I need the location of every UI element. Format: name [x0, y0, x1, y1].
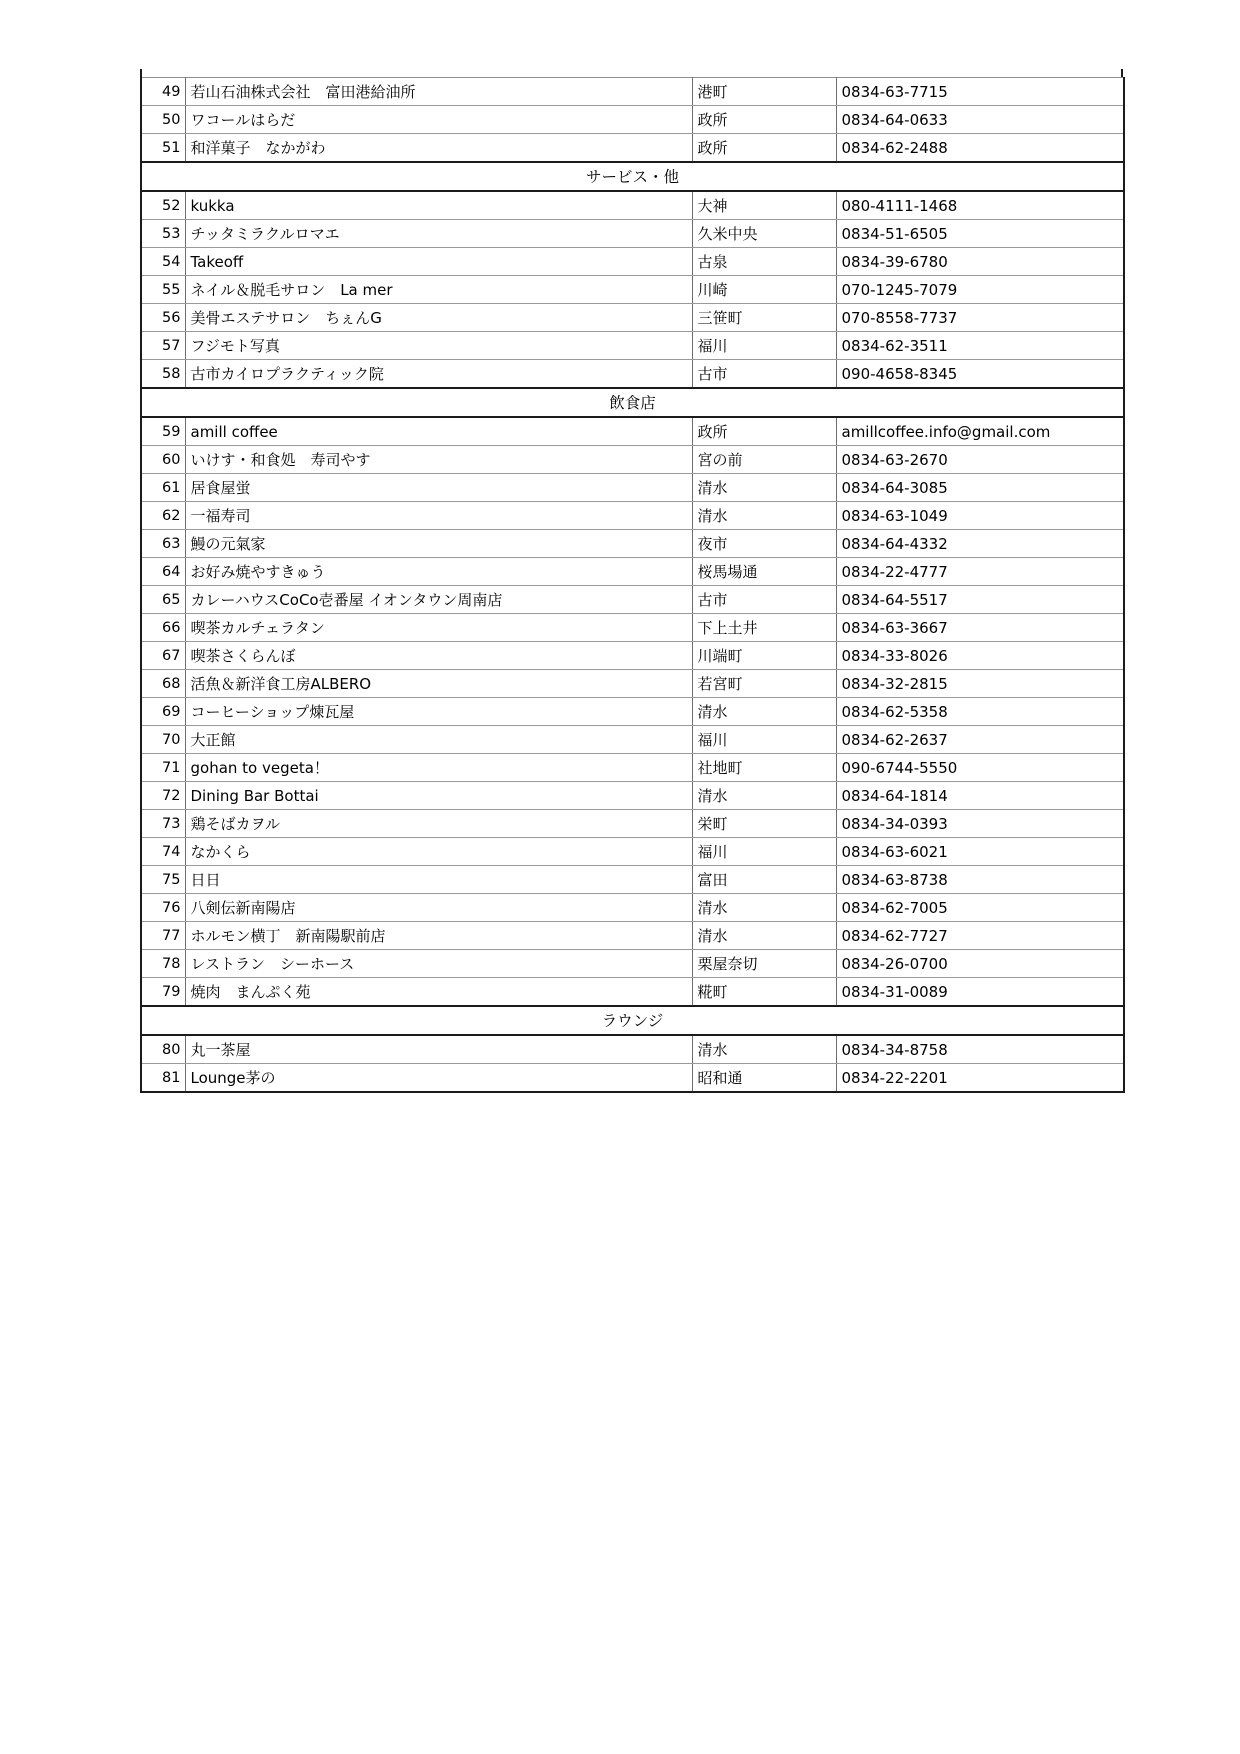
- business-name-cell: 一福寿司: [185, 502, 692, 530]
- row-number-cell: 73: [141, 810, 185, 838]
- row-number-cell: 68: [141, 670, 185, 698]
- district-cell: 川崎: [692, 276, 836, 304]
- district-cell: 福川: [692, 726, 836, 754]
- district-cell: 古市: [692, 360, 836, 389]
- district-cell: 川端町: [692, 642, 836, 670]
- row-number-cell: 80: [141, 1035, 185, 1064]
- district-cell: 政所: [692, 134, 836, 163]
- district-cell: 福川: [692, 332, 836, 360]
- row-number-cell: 71: [141, 754, 185, 782]
- row-number-cell: 58: [141, 360, 185, 389]
- table-row: 67喫茶さくらんぼ川端町0834-33-8026: [141, 642, 1124, 670]
- district-cell: 夜市: [692, 530, 836, 558]
- row-number-cell: 72: [141, 782, 185, 810]
- table-row: 66喫茶カルチェラタン下上土井0834-63-3667: [141, 614, 1124, 642]
- district-cell: 若宮町: [692, 670, 836, 698]
- phone-contact-cell: 070-8558-7737: [836, 304, 1124, 332]
- row-number-cell: 78: [141, 950, 185, 978]
- business-name-cell: 大正館: [185, 726, 692, 754]
- district-cell: 清水: [692, 698, 836, 726]
- phone-contact-cell: 0834-39-6780: [836, 248, 1124, 276]
- business-name-cell: 八剣伝新南陽店: [185, 894, 692, 922]
- business-name-cell: 鰻の元氣家: [185, 530, 692, 558]
- district-cell: 三笹町: [692, 304, 836, 332]
- table-row: 57フジモト写真福川0834-62-3511: [141, 332, 1124, 360]
- row-number-cell: 69: [141, 698, 185, 726]
- district-cell: 清水: [692, 1035, 836, 1064]
- phone-contact-cell: 0834-22-2201: [836, 1064, 1124, 1093]
- section-header-row: サービス・他: [141, 162, 1124, 191]
- phone-directory-table: 49若山石油株式会社 富田港給油所港町0834-63-771550ワコールはらだ…: [140, 77, 1125, 1093]
- table-row: 69コーヒーショップ煉瓦屋清水0834-62-5358: [141, 698, 1124, 726]
- district-cell: 糀町: [692, 978, 836, 1007]
- business-name-cell: Lounge茅の: [185, 1064, 692, 1093]
- table-row: 79焼肉 まんぷく苑糀町0834-31-0089: [141, 978, 1124, 1007]
- phone-directory-body: 49若山石油株式会社 富田港給油所港町0834-63-771550ワコールはらだ…: [141, 78, 1124, 1093]
- row-number-cell: 66: [141, 614, 185, 642]
- business-name-cell: 丸一茶屋: [185, 1035, 692, 1064]
- table-row: 63鰻の元氣家夜市0834-64-4332: [141, 530, 1124, 558]
- row-number-cell: 55: [141, 276, 185, 304]
- row-number-cell: 54: [141, 248, 185, 276]
- business-name-cell: 和洋菓子 なかがわ: [185, 134, 692, 163]
- district-cell: 古泉: [692, 248, 836, 276]
- row-number-cell: 62: [141, 502, 185, 530]
- business-name-cell: 若山石油株式会社 富田港給油所: [185, 78, 692, 106]
- table-right-border-stub: [1121, 69, 1123, 77]
- phone-contact-cell: 0834-64-1814: [836, 782, 1124, 810]
- table-row: 77ホルモン横丁 新南陽駅前店清水0834-62-7727: [141, 922, 1124, 950]
- table-row: 72Dining Bar Bottai清水0834-64-1814: [141, 782, 1124, 810]
- district-cell: 社地町: [692, 754, 836, 782]
- business-name-cell: 鶏そばカヲル: [185, 810, 692, 838]
- business-name-cell: 古市カイロプラクティック院: [185, 360, 692, 389]
- row-number-cell: 50: [141, 106, 185, 134]
- table-row: 60いけす・和食処 寿司やす宮の前0834-63-2670: [141, 446, 1124, 474]
- section-header-row: ラウンジ: [141, 1006, 1124, 1035]
- table-row: 78レストラン シーホース栗屋奈切0834-26-0700: [141, 950, 1124, 978]
- business-name-cell: 美骨エステサロン ちぇんG: [185, 304, 692, 332]
- district-cell: 下上土井: [692, 614, 836, 642]
- phone-contact-cell: 080-4111-1468: [836, 191, 1124, 220]
- business-name-cell: お好み焼やすきゅう: [185, 558, 692, 586]
- business-name-cell: 焼肉 まんぷく苑: [185, 978, 692, 1007]
- phone-contact-cell: 090-4658-8345: [836, 360, 1124, 389]
- table-left-border-stub: [140, 69, 142, 77]
- phone-contact-cell: 090-6744-5550: [836, 754, 1124, 782]
- row-number-cell: 51: [141, 134, 185, 163]
- district-cell: 昭和通: [692, 1064, 836, 1093]
- business-name-cell: コーヒーショップ煉瓦屋: [185, 698, 692, 726]
- business-name-cell: フジモト写真: [185, 332, 692, 360]
- row-number-cell: 53: [141, 220, 185, 248]
- district-cell: 福川: [692, 838, 836, 866]
- phone-contact-cell: 0834-63-6021: [836, 838, 1124, 866]
- district-cell: 宮の前: [692, 446, 836, 474]
- business-name-cell: 居食屋蛍: [185, 474, 692, 502]
- table-row: 73鶏そばカヲル栄町0834-34-0393: [141, 810, 1124, 838]
- district-cell: 政所: [692, 106, 836, 134]
- business-name-cell: カレーハウスCoCo壱番屋 イオンタウン周南店: [185, 586, 692, 614]
- table-row: 53チッタミラクルロマエ久米中央0834-51-6505: [141, 220, 1124, 248]
- row-number-cell: 49: [141, 78, 185, 106]
- business-name-cell: ホルモン横丁 新南陽駅前店: [185, 922, 692, 950]
- business-name-cell: いけす・和食処 寿司やす: [185, 446, 692, 474]
- business-name-cell: 活魚＆新洋食工房ALBERO: [185, 670, 692, 698]
- table-row: 61居食屋蛍清水0834-64-3085: [141, 474, 1124, 502]
- table-row: 56美骨エステサロン ちぇんG三笹町070-8558-7737: [141, 304, 1124, 332]
- district-cell: 清水: [692, 922, 836, 950]
- district-cell: 政所: [692, 417, 836, 446]
- business-name-cell: Dining Bar Bottai: [185, 782, 692, 810]
- district-cell: 清水: [692, 474, 836, 502]
- row-number-cell: 61: [141, 474, 185, 502]
- row-number-cell: 57: [141, 332, 185, 360]
- phone-contact-cell: 0834-64-4332: [836, 530, 1124, 558]
- table-row: 75日日富田0834-63-8738: [141, 866, 1124, 894]
- row-number-cell: 81: [141, 1064, 185, 1093]
- district-cell: 桜馬場通: [692, 558, 836, 586]
- row-number-cell: 75: [141, 866, 185, 894]
- row-number-cell: 74: [141, 838, 185, 866]
- phone-contact-cell: 0834-63-8738: [836, 866, 1124, 894]
- row-number-cell: 76: [141, 894, 185, 922]
- district-cell: 清水: [692, 894, 836, 922]
- row-number-cell: 56: [141, 304, 185, 332]
- phone-contact-cell: 0834-64-0633: [836, 106, 1124, 134]
- table-row: 81Lounge茅の昭和通0834-22-2201: [141, 1064, 1124, 1093]
- table-row: 65カレーハウスCoCo壱番屋 イオンタウン周南店古市0834-64-5517: [141, 586, 1124, 614]
- district-cell: 栗屋奈切: [692, 950, 836, 978]
- phone-contact-cell: 0834-34-0393: [836, 810, 1124, 838]
- phone-contact-cell: 0834-63-2670: [836, 446, 1124, 474]
- document-page: 49若山石油株式会社 富田港給油所港町0834-63-771550ワコールはらだ…: [0, 0, 1240, 1754]
- business-name-cell: レストラン シーホース: [185, 950, 692, 978]
- business-name-cell: ワコールはらだ: [185, 106, 692, 134]
- table-row: 80丸一茶屋清水0834-34-8758: [141, 1035, 1124, 1064]
- table-row: 52kukka大神080-4111-1468: [141, 191, 1124, 220]
- district-cell: 大神: [692, 191, 836, 220]
- row-number-cell: 77: [141, 922, 185, 950]
- phone-contact-cell: 0834-63-3667: [836, 614, 1124, 642]
- phone-contact-cell: 0834-34-8758: [836, 1035, 1124, 1064]
- phone-contact-cell: 0834-64-3085: [836, 474, 1124, 502]
- table-row: 55ネイル＆脱毛サロン La mer川崎070-1245-7079: [141, 276, 1124, 304]
- business-name-cell: gohan to vegeta！: [185, 754, 692, 782]
- phone-contact-cell: 0834-32-2815: [836, 670, 1124, 698]
- phone-contact-cell: 0834-62-2637: [836, 726, 1124, 754]
- table-row: 49若山石油株式会社 富田港給油所港町0834-63-7715: [141, 78, 1124, 106]
- phone-contact-cell: 0834-31-0089: [836, 978, 1124, 1007]
- section-header-row: 飲食店: [141, 388, 1124, 417]
- row-number-cell: 67: [141, 642, 185, 670]
- district-cell: 古市: [692, 586, 836, 614]
- table-row: 59amill coffee政所amillcoffee.info@gmail.c…: [141, 417, 1124, 446]
- phone-contact-cell: 0834-62-5358: [836, 698, 1124, 726]
- district-cell: 清水: [692, 782, 836, 810]
- phone-contact-cell: 070-1245-7079: [836, 276, 1124, 304]
- business-name-cell: 喫茶カルチェラタン: [185, 614, 692, 642]
- row-number-cell: 59: [141, 417, 185, 446]
- row-number-cell: 60: [141, 446, 185, 474]
- table-row: 62一福寿司清水0834-63-1049: [141, 502, 1124, 530]
- business-name-cell: チッタミラクルロマエ: [185, 220, 692, 248]
- business-name-cell: amill coffee: [185, 417, 692, 446]
- section-header-label: サービス・他: [141, 162, 1124, 191]
- district-cell: 栄町: [692, 810, 836, 838]
- business-name-cell: 日日: [185, 866, 692, 894]
- phone-contact-cell: amillcoffee.info@gmail.com: [836, 417, 1124, 446]
- row-number-cell: 70: [141, 726, 185, 754]
- business-name-cell: なかくら: [185, 838, 692, 866]
- table-row: 74なかくら福川0834-63-6021: [141, 838, 1124, 866]
- district-cell: 富田: [692, 866, 836, 894]
- phone-contact-cell: 0834-63-7715: [836, 78, 1124, 106]
- section-header-label: ラウンジ: [141, 1006, 1124, 1035]
- table-row: 70大正館福川0834-62-2637: [141, 726, 1124, 754]
- phone-contact-cell: 0834-26-0700: [836, 950, 1124, 978]
- business-name-cell: 喫茶さくらんぼ: [185, 642, 692, 670]
- phone-contact-cell: 0834-33-8026: [836, 642, 1124, 670]
- table-row: 71gohan to vegeta！社地町090-6744-5550: [141, 754, 1124, 782]
- table-row: 68活魚＆新洋食工房ALBERO若宮町0834-32-2815: [141, 670, 1124, 698]
- business-name-cell: ネイル＆脱毛サロン La mer: [185, 276, 692, 304]
- table-row: 76八剣伝新南陽店清水0834-62-7005: [141, 894, 1124, 922]
- phone-contact-cell: 0834-62-7005: [836, 894, 1124, 922]
- row-number-cell: 63: [141, 530, 185, 558]
- phone-contact-cell: 0834-62-3511: [836, 332, 1124, 360]
- district-cell: 清水: [692, 502, 836, 530]
- table-row: 50ワコールはらだ政所0834-64-0633: [141, 106, 1124, 134]
- section-header-label: 飲食店: [141, 388, 1124, 417]
- phone-contact-cell: 0834-62-2488: [836, 134, 1124, 163]
- table-row: 58古市カイロプラクティック院古市090-4658-8345: [141, 360, 1124, 389]
- row-number-cell: 64: [141, 558, 185, 586]
- table-row: 54Takeoff古泉0834-39-6780: [141, 248, 1124, 276]
- phone-contact-cell: 0834-64-5517: [836, 586, 1124, 614]
- table-row: 64お好み焼やすきゅう桜馬場通0834-22-4777: [141, 558, 1124, 586]
- business-name-cell: kukka: [185, 191, 692, 220]
- phone-contact-cell: 0834-62-7727: [836, 922, 1124, 950]
- row-number-cell: 65: [141, 586, 185, 614]
- district-cell: 港町: [692, 78, 836, 106]
- district-cell: 久米中央: [692, 220, 836, 248]
- phone-contact-cell: 0834-63-1049: [836, 502, 1124, 530]
- row-number-cell: 79: [141, 978, 185, 1007]
- phone-contact-cell: 0834-22-4777: [836, 558, 1124, 586]
- business-name-cell: Takeoff: [185, 248, 692, 276]
- row-number-cell: 52: [141, 191, 185, 220]
- table-row: 51和洋菓子 なかがわ政所0834-62-2488: [141, 134, 1124, 163]
- phone-contact-cell: 0834-51-6505: [836, 220, 1124, 248]
